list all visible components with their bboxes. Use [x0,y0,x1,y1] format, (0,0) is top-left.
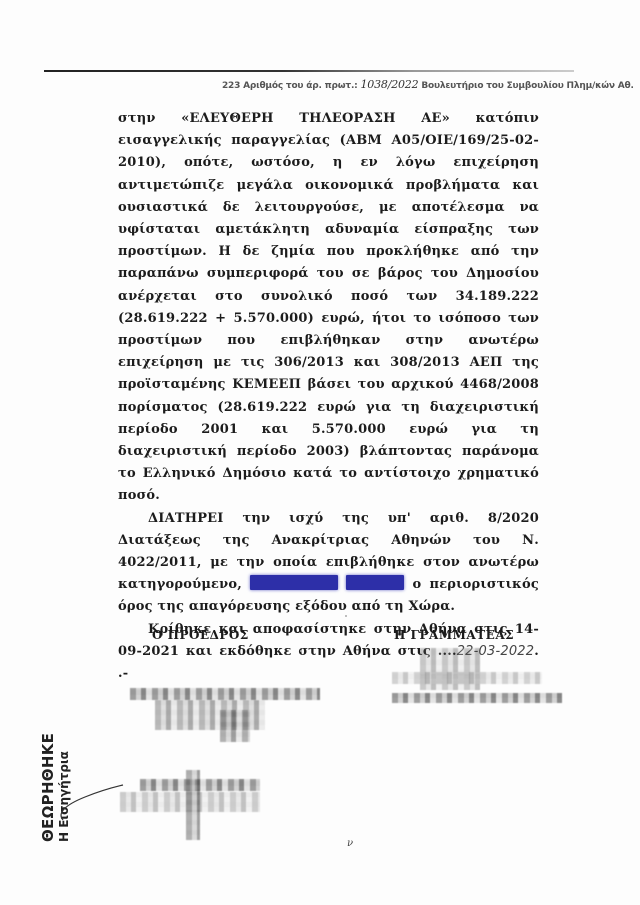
document-body: στην «ΕΛΕΥΘΕΡΗ ΤΗΛΕΟΡΑΣΗ ΑΕ» κατόπιν εισ… [118,108,539,685]
page-mark: ν [347,838,353,849]
redacted-name-block-1 [250,575,338,590]
scan-speck [345,615,347,617]
scan-speck [300,650,302,652]
scan-speck [515,268,517,270]
pixelated-signature-president [130,688,320,700]
stamp-approved-text: ΘΕΩΡΗΘΗΚΕ [40,733,56,842]
header-label: Αριθμός του άρ. πρωτ.: [243,81,357,91]
header-suffix: Βουλευτήριο του Συμβουλίου Πλημ/κών Αθ. [421,81,633,91]
paragraph-damages: στην «ΕΛΕΥΘΕΡΗ ΤΗΛΕΟΡΑΣΗ ΑΕ» κατόπιν εισ… [118,108,539,508]
pixelated-signature-president-stroke [220,710,250,742]
pixelated-signature-rapporteur-stroke [186,770,200,840]
header-reference-line: 223 Αριθμός του άρ. πρωτ.: 1038/2022 Βου… [222,78,562,91]
pixelated-signature-secretary-stroke [392,672,542,684]
header-rule [44,70,574,72]
header-prefix: 223 [222,81,240,91]
secretary-title: Η ΓΡΑΜΜΑΤΕΑΣ [394,628,514,642]
redacted-name-block-2 [346,575,404,590]
stamp-signature-stroke-icon [55,775,125,835]
document-page: 223 Αριθμός του άρ. πρωτ.: 1038/2022 Βου… [0,0,640,905]
president-title: Ο ΠΡΟΕΔΡΟΣ [152,628,249,642]
maintains-keyword: ΔΙΑΤΗΡΕΙ [148,511,224,526]
pixelated-signature-rapporteur [140,779,260,791]
header-handwritten-number: 1038/2022 [361,78,419,91]
pixelated-signature-secretary [392,693,562,703]
paragraph-maintains-restriction: ΔΙΑΤΗΡΕΙ την ισχύ της υπ' αριθ. 8/2020 Δ… [118,508,539,619]
